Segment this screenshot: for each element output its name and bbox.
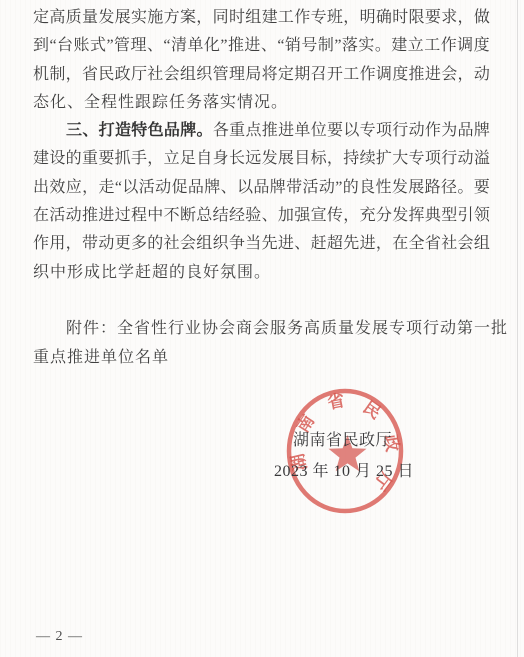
line-char: 组 <box>180 61 196 89</box>
line-char: 管 <box>114 32 130 60</box>
line-char: 在 <box>33 202 49 230</box>
line-char: 远 <box>245 145 261 173</box>
document-body: 定高质量发展实施方案，同时组建工作专班，明确时限要求，做到“台账式”管理、“清单… <box>33 4 490 372</box>
line-char: 行 <box>441 145 457 173</box>
paragraph-heading-char: 特 <box>131 117 147 145</box>
line-char: 量 <box>82 4 98 32</box>
document-page: 定高质量发展实施方案，同时组建工作专班，明确时限要求，做到“台账式”管理、“清单… <box>0 0 524 657</box>
line-char: ， <box>147 145 163 173</box>
line-char: 清 <box>171 32 187 60</box>
text-line: 作用，带动更多的社会组织争当先进、赶超先进，在全省社会组 <box>33 230 490 258</box>
line-char: 会 <box>458 230 474 258</box>
line-char: 同 <box>213 4 229 32</box>
line-char: 。 <box>375 32 391 60</box>
line-char: 要 <box>474 174 490 202</box>
line-char: 局 <box>245 61 261 89</box>
line-char: 政 <box>115 61 131 89</box>
line-char: 断 <box>180 202 196 230</box>
line-char: 争 <box>229 230 245 258</box>
line-text: 附件：全省性行业协会商会服务高质量发展专项行动第一批 <box>66 320 508 337</box>
paragraph-heading-char: 造 <box>115 117 131 145</box>
line-char: 溢 <box>474 145 490 173</box>
line-char: 制 <box>318 32 334 60</box>
line-char: ” <box>106 32 113 60</box>
scan-edge-artifact <box>517 0 518 657</box>
line-char: 限 <box>409 4 425 32</box>
line-char: 持 <box>343 145 359 173</box>
line-char: 明 <box>360 4 376 32</box>
line-char: 高 <box>49 4 65 32</box>
line-char: 为 <box>441 117 457 145</box>
line-char: 工 <box>424 32 440 60</box>
line-char: 全 <box>409 230 425 258</box>
line-char: 展 <box>408 174 424 202</box>
text-line: 定高质量发展实施方案，同时组建工作专班，明确时限要求，做 <box>33 4 490 32</box>
line-char: 确 <box>376 4 392 32</box>
line-char: 建 <box>262 4 278 32</box>
text-line: 到“台账式”管理、“清单化”推进、“销号制”落实。建立工作调度 <box>33 32 490 60</box>
line-char: 良 <box>359 174 375 202</box>
line-char: 标 <box>311 145 327 173</box>
line-char: 进 <box>278 117 294 145</box>
line-char: 台 <box>57 32 73 60</box>
line-char: 省 <box>82 61 98 89</box>
line-char: 作 <box>425 117 441 145</box>
line-text: 重点推进单位名单 <box>33 349 169 366</box>
paragraph-heading-char: 牌 <box>180 117 196 145</box>
line-char: 管 <box>213 61 229 89</box>
line-char: ， <box>327 145 343 173</box>
line-char: ” <box>220 32 227 60</box>
line-char: 民 <box>98 61 114 89</box>
line-char: 发 <box>262 145 278 173</box>
line-char: 社 <box>164 230 180 258</box>
line-char: 专 <box>311 4 327 32</box>
paragraph-heading-char: 。 <box>197 117 213 145</box>
line-char: 实 <box>131 4 147 32</box>
line-char: 引 <box>458 202 474 230</box>
line-char: 动 <box>458 145 474 173</box>
line-char: 总 <box>196 202 212 230</box>
line-char: 厅 <box>131 61 147 89</box>
line-char: 社 <box>147 61 163 89</box>
line-char: 展 <box>115 4 131 32</box>
line-char: 要 <box>98 145 114 173</box>
line-char: 号 <box>301 32 317 60</box>
line-char: 带 <box>82 230 98 258</box>
line-char: 进 <box>425 61 441 89</box>
line-char: 促 <box>171 174 187 202</box>
line-char: 效 <box>49 174 65 202</box>
line-char: 牌 <box>204 174 220 202</box>
seal-graphic: 湖 南 省 民 政 厅 <box>280 386 410 516</box>
text-line: 重点推进单位名单 <box>33 344 490 372</box>
line-char: 宣 <box>311 202 327 230</box>
text-line: 附件：全省性行业协会商会服务高质量发展专项行动第一批 <box>33 315 490 343</box>
line-char: 施 <box>147 4 163 32</box>
line-char: 建 <box>391 32 407 60</box>
line-char: ， <box>376 230 392 258</box>
line-char: ， <box>66 61 82 89</box>
line-char: 动 <box>98 230 114 258</box>
line-char: 以 <box>122 174 138 202</box>
line-char: 推 <box>262 117 278 145</box>
line-char: 强 <box>294 202 310 230</box>
line-char: 活 <box>139 174 155 202</box>
line-char: 以 <box>237 174 253 202</box>
line-char: 重 <box>229 117 245 145</box>
line-char: 过 <box>115 202 131 230</box>
line-char: ， <box>66 230 82 258</box>
line-char: ， <box>343 202 359 230</box>
line-char: 到 <box>33 32 49 60</box>
line-char: 的 <box>343 174 359 202</box>
line-char: 在 <box>392 230 408 258</box>
line-char: 手 <box>131 145 147 173</box>
line-char: 径 <box>441 174 457 202</box>
line-char: ” <box>335 174 342 202</box>
seal-character: 省 <box>326 390 347 413</box>
line-char: 案 <box>180 4 196 32</box>
line-char: 专 <box>360 117 376 145</box>
line-char: 立 <box>164 145 180 173</box>
line-char: 推 <box>228 32 244 60</box>
line-char: 展 <box>278 145 294 173</box>
line-char: 动 <box>319 174 335 202</box>
line-char: “ <box>163 32 170 60</box>
line-char: 作 <box>294 4 310 32</box>
official-seal: 湖 南 省 民 政 厅 <box>280 386 410 516</box>
text-line: 机制，省民政厅社会组织管理局将定期召开工作调度推进会，动 <box>33 61 490 89</box>
line-char: 做 <box>474 4 490 32</box>
line-char: 发 <box>98 4 114 32</box>
line-char: 更 <box>115 230 131 258</box>
line-char: 经 <box>229 202 245 230</box>
line-char: 不 <box>164 202 180 230</box>
line-char: 理 <box>229 61 245 89</box>
text-line: 出效应，走“以活动促品牌、以品牌带活动”的良性发展路径。要 <box>33 174 490 202</box>
line-char: 品 <box>253 174 269 202</box>
line-char: 制 <box>49 61 65 89</box>
line-char: 化 <box>204 32 220 60</box>
line-char: 扩 <box>376 145 392 173</box>
line-text: 态化、全程性跟踪任务落实情况。 <box>33 94 288 111</box>
line-char: 位 <box>311 117 327 145</box>
line-char: 作 <box>33 230 49 258</box>
line-char: 品 <box>458 117 474 145</box>
line-char: 动 <box>474 61 490 89</box>
line-char: 销 <box>285 32 301 60</box>
line-char: “ <box>115 174 122 202</box>
line-char: “ <box>277 32 284 60</box>
line-char: 当 <box>245 230 261 258</box>
line-char: 单 <box>294 117 310 145</box>
line-char: 进 <box>278 230 294 258</box>
line-char: 抓 <box>115 145 131 173</box>
line-char: 进 <box>360 230 376 258</box>
line-char: 牌 <box>474 117 490 145</box>
line-char: 先 <box>262 230 278 258</box>
text-line: 三、打造特色品牌。各重点推进单位要以专项行动作为品牌 <box>33 117 490 145</box>
line-char: 要 <box>327 117 343 145</box>
text-line: 态化、全程性跟踪任务落实情况。 <box>33 89 490 117</box>
line-char: 超 <box>327 230 343 258</box>
line-char: 定 <box>33 4 49 32</box>
line-char: 路 <box>425 174 441 202</box>
line-char: ， <box>458 4 474 32</box>
line-char: 立 <box>408 32 424 60</box>
line-char: 社 <box>441 230 457 258</box>
line-char: ” <box>334 32 341 60</box>
line-char: 中 <box>147 202 163 230</box>
line-char: 活 <box>302 174 318 202</box>
line-char: 发 <box>392 174 408 202</box>
text-line: 建设的重要抓手，立足自身长远发展目标，持续扩大专项行动溢 <box>33 145 490 173</box>
line-char: ， <box>343 4 359 32</box>
signature-issuer: 湖南省民政厅 <box>293 427 392 450</box>
line-char: 动 <box>66 202 82 230</box>
line-char: 会 <box>164 61 180 89</box>
line-char: 动 <box>155 174 171 202</box>
line-char: 、 <box>261 32 277 60</box>
line-char: 实 <box>358 32 374 60</box>
line-char: 作 <box>360 61 376 89</box>
line-char: 续 <box>360 145 376 173</box>
line-char: 自 <box>196 145 212 173</box>
line-char: 长 <box>229 145 245 173</box>
line-char: 织 <box>196 61 212 89</box>
line-char: 、 <box>294 230 310 258</box>
seal-character: 民 <box>360 397 385 422</box>
paragraph-heading-char: 色 <box>148 117 164 145</box>
line-char: 。 <box>457 174 473 202</box>
paragraph-heading-char: 打 <box>99 117 115 145</box>
line-char: ， <box>196 4 212 32</box>
line-char: 大 <box>392 145 408 173</box>
line-char: 织 <box>213 230 229 258</box>
line-char: 性 <box>375 174 391 202</box>
line-char: 组 <box>245 4 261 32</box>
line-char: 单 <box>187 32 203 60</box>
line-char: 加 <box>278 202 294 230</box>
line-char: 作 <box>441 32 457 60</box>
line-char: 推 <box>82 202 98 230</box>
line-char: 目 <box>294 145 310 173</box>
line-char: 、 <box>221 174 237 202</box>
line-char: 推 <box>409 61 425 89</box>
line-char: 程 <box>131 202 147 230</box>
line-char: 结 <box>213 202 229 230</box>
line-char: 赶 <box>311 230 327 258</box>
line-char: 方 <box>164 4 180 32</box>
line-char: 动 <box>409 117 425 145</box>
line-char: 工 <box>343 61 359 89</box>
line-char: 应 <box>66 174 82 202</box>
line-char: 型 <box>441 202 457 230</box>
line-char: 项 <box>376 117 392 145</box>
line-char: 专 <box>409 145 425 173</box>
line-char: ， <box>82 174 98 202</box>
line-char: 挥 <box>409 202 425 230</box>
line-char: 组 <box>196 230 212 258</box>
line-char: 会 <box>441 61 457 89</box>
line-char: 度 <box>474 32 490 60</box>
paragraph-heading-char: 品 <box>164 117 180 145</box>
line-char: 项 <box>425 145 441 173</box>
line-char: 各 <box>213 117 229 145</box>
line-char: 牌 <box>270 174 286 202</box>
line-char: 多 <box>131 230 147 258</box>
line-char: 足 <box>180 145 196 173</box>
line-char: 进 <box>98 202 114 230</box>
line-char: 典 <box>425 202 441 230</box>
text-line: 织中形成比学赶超的良好氛围。 <box>33 259 490 287</box>
line-char: 度 <box>392 61 408 89</box>
line-char: 将 <box>262 61 278 89</box>
seal-ring <box>289 391 401 511</box>
line-char: 时 <box>392 4 408 32</box>
line-char: 带 <box>286 174 302 202</box>
line-char: 会 <box>180 230 196 258</box>
line-char: 发 <box>392 202 408 230</box>
line-char: 以 <box>343 117 359 145</box>
line-char: “ <box>49 32 56 60</box>
line-char: 的 <box>66 145 82 173</box>
line-char: 点 <box>245 117 261 145</box>
blank-line <box>33 287 490 315</box>
line-char: 品 <box>188 174 204 202</box>
line-char: 召 <box>311 61 327 89</box>
line-char: 时 <box>229 4 245 32</box>
page-number: — 2 — <box>36 629 83 645</box>
line-char: 先 <box>343 230 359 258</box>
line-char: 进 <box>244 32 260 60</box>
line-char: 开 <box>327 61 343 89</box>
line-char: 组 <box>474 230 490 258</box>
line-char: 的 <box>147 230 163 258</box>
line-char: 定 <box>278 61 294 89</box>
line-char: 重 <box>82 145 98 173</box>
line-char: 设 <box>49 145 65 173</box>
line-char: 班 <box>327 4 343 32</box>
line-char: 、 <box>147 32 163 60</box>
line-char: 用 <box>49 230 65 258</box>
line-char: 领 <box>474 202 490 230</box>
line-char: 充 <box>360 202 376 230</box>
line-char: 要 <box>425 4 441 32</box>
line-char: 式 <box>90 32 106 60</box>
line-char: 身 <box>213 145 229 173</box>
line-char: 求 <box>441 4 457 32</box>
line-char: 省 <box>425 230 441 258</box>
line-char: 行 <box>392 117 408 145</box>
line-char: 验 <box>245 202 261 230</box>
line-char: 建 <box>33 145 49 173</box>
line-char: 机 <box>33 61 49 89</box>
line-char: 账 <box>74 32 90 60</box>
line-char: 质 <box>66 4 82 32</box>
text-line: 在活动推进过程中不断总结经验、加强宣传，充分发挥典型引领 <box>33 202 490 230</box>
line-char: 工 <box>278 4 294 32</box>
line-char: 落 <box>342 32 358 60</box>
line-char: 理 <box>130 32 146 60</box>
line-char: 活 <box>49 202 65 230</box>
line-char: 出 <box>33 174 49 202</box>
line-char: 、 <box>262 202 278 230</box>
paragraph-heading-char: 三 <box>66 117 82 145</box>
line-char: 调 <box>457 32 473 60</box>
line-char: 传 <box>327 202 343 230</box>
line-char: 分 <box>376 202 392 230</box>
line-text: 织中形成比学赶超的良好氛围。 <box>33 264 271 281</box>
signature-date: 2023 年 10 月 25 日 <box>274 458 414 481</box>
line-char: ， <box>458 61 474 89</box>
paragraph-heading-char: 、 <box>82 117 98 145</box>
line-char: 调 <box>376 61 392 89</box>
line-char: 走 <box>99 174 115 202</box>
line-char: 期 <box>294 61 310 89</box>
